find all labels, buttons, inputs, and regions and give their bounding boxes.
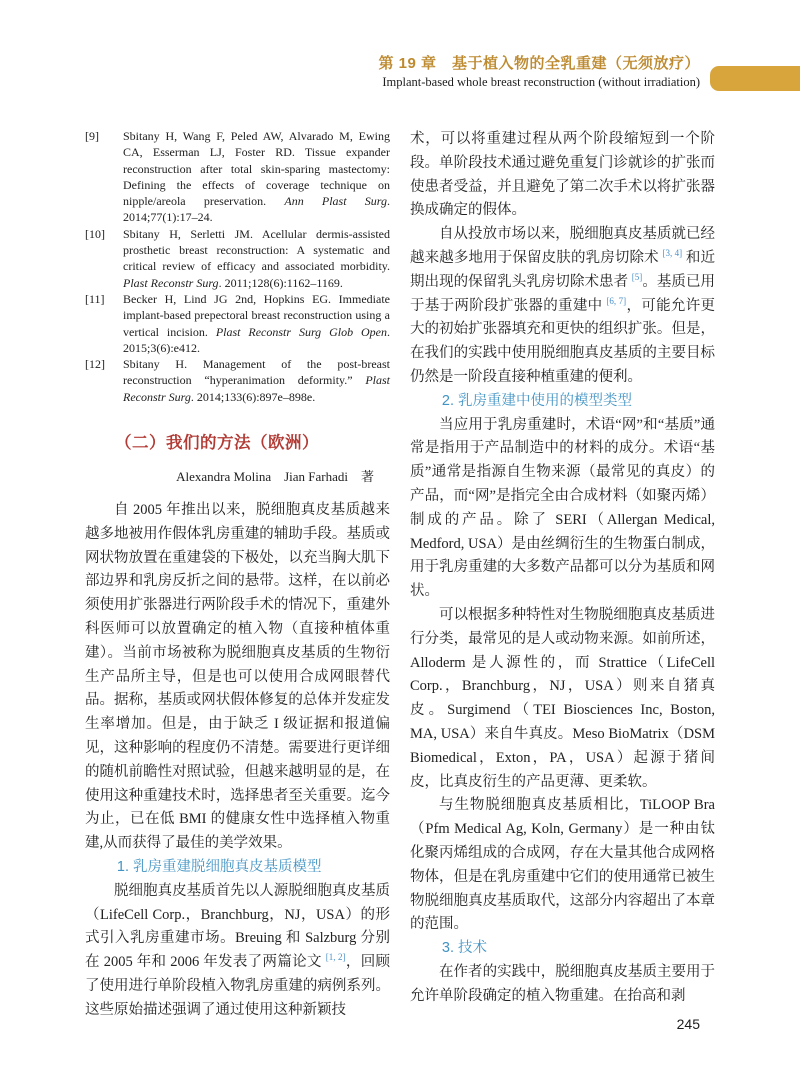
chapter-subtitle: Implant-based whole breast reconstructio… [0,74,800,91]
paragraph: 自从投放市场以来，脱细胞真皮基质就已经越来越多地用于保留皮肤的乳房切除术 [3,… [410,223,715,390]
page-body: [9] Sbitany H, Wang F, Peled AW, Alvarad… [85,128,715,1023]
journal-name: Plast Reconstr Surg Glob Open [216,325,387,339]
paragraph: 可以根据多种特性对生物脱细胞真皮基质进行分类，最常见的是人或动物来源。如前所述，… [410,604,715,794]
journal-name: Plast Reconstr Surg [123,276,219,290]
paragraph: 自 2005 年推出以来，脱细胞真皮基质越来越多地被用作假体乳房重建的辅助手段。… [85,499,390,856]
reference-text: Sbitany H. Management of the post-breast… [123,357,390,404]
citation-marker: [5] [632,272,643,282]
reference-number: [11] [85,291,105,307]
chapter-title: 第 19 章 基于植入物的全乳重建（无须放疗） [0,54,800,74]
subsection-heading-1: 1. 乳房重建脱细胞真皮基质模型 [85,856,390,880]
subsection-heading-3: 3. 技术 [410,937,715,961]
book-page: 第 19 章 基于植入物的全乳重建（无须放疗） Implant-based wh… [0,0,800,1077]
paragraph: 脱细胞真皮基质首先以人源脱细胞真皮基质（LifeCell Corp.，Branc… [85,880,390,1023]
journal-name: Ann Plast Surg [284,194,387,208]
left-column: [9] Sbitany H, Wang F, Peled AW, Alvarad… [85,128,390,1023]
paragraph: 当应用于乳房重建时，术语“网”和“基质”通常是指用于产品制造中的材料的成分。术语… [410,414,715,604]
reference-number: [10] [85,226,105,242]
page-number: 245 [677,1016,700,1032]
reference-item: [12] Sbitany H. Management of the post-b… [85,356,390,405]
citation-marker: [3, 4] [662,248,682,258]
section-heading: （二）我们的方法（欧洲） [115,431,390,455]
subsection-heading-2: 2. 乳房重建中使用的模型类型 [410,390,715,414]
authors-line: Alexandra Molina Jian Farhadi 著 [85,468,390,486]
reference-text: Sbitany H, Wang F, Peled AW, Alvarado M,… [123,129,390,224]
reference-text: Sbitany H, Serletti JM. Acellular dermis… [123,227,390,290]
page-header: 第 19 章 基于植入物的全乳重建（无须放疗） Implant-based wh… [0,54,800,91]
reference-item: [11] Becker H, Lind JG 2nd, Hopkins EG. … [85,291,390,356]
citation-marker: [1, 2] [326,952,346,962]
reference-text: Becker H, Lind JG 2nd, Hopkins EG. Immed… [123,292,390,355]
paragraph: 术，可以将重建过程从两个阶段缩短到一个阶段。单阶段技术通过避免重复门诊就诊的扩张… [410,128,715,223]
right-column: 术，可以将重建过程从两个阶段缩短到一个阶段。单阶段技术通过避免重复门诊就诊的扩张… [410,128,715,1023]
reference-number: [12] [85,356,105,372]
citation-marker: [6, 7] [606,296,626,306]
reference-number: [9] [85,128,99,144]
reference-list: [9] Sbitany H, Wang F, Peled AW, Alvarad… [85,128,390,405]
paragraph: 在作者的实践中，脱细胞真皮基质主要用于允许单阶段确定的植入物重建。在抬高和剥 [410,961,715,1009]
chapter-tab-marker [710,66,800,91]
reference-item: [9] Sbitany H, Wang F, Peled AW, Alvarad… [85,128,390,226]
reference-item: [10] Sbitany H, Serletti JM. Acellular d… [85,226,390,291]
paragraph: 与生物脱细胞真皮基质相比，TiLOOP Bra（Pfm Medical Ag, … [410,794,715,937]
